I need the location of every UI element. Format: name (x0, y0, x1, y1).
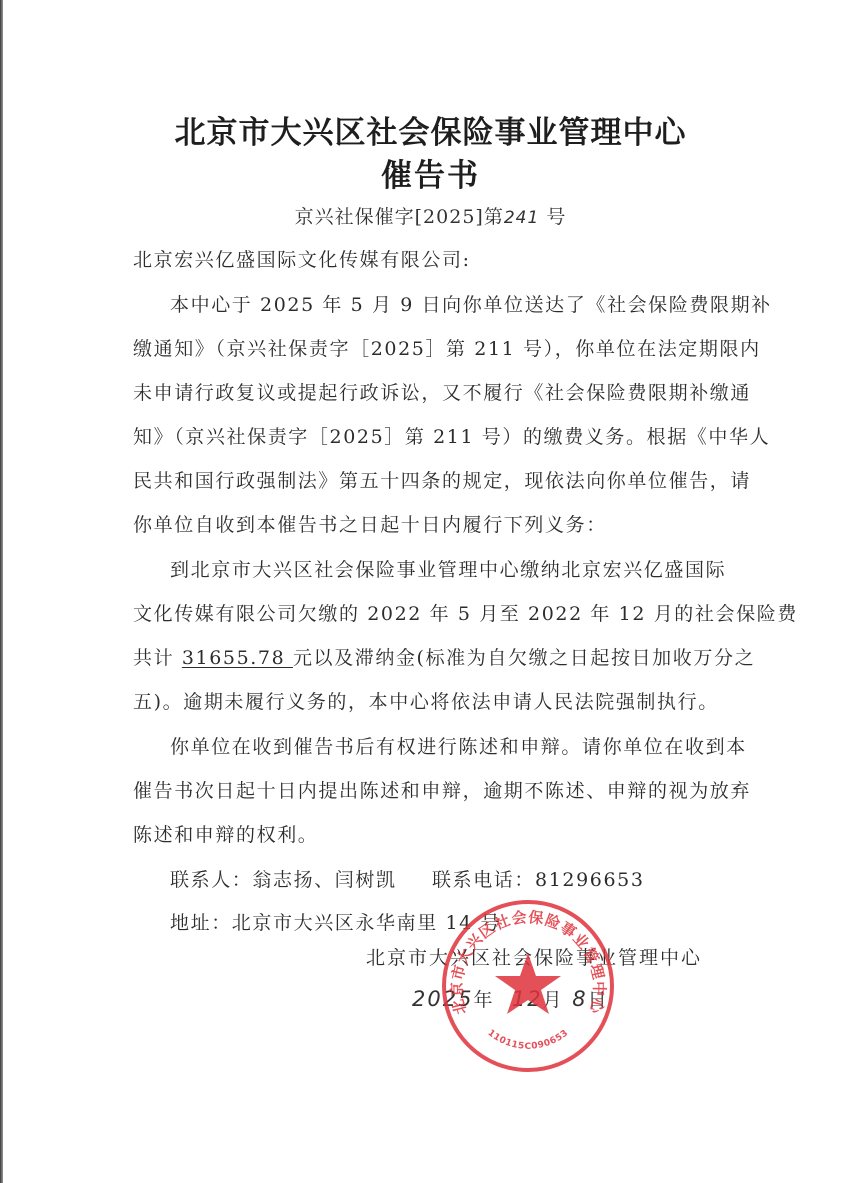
svg-text:110115C090653: 110115C090653 (485, 1028, 570, 1052)
paragraph2-line: 五)。逾期未履行义务的，本中心将依法申请人民法院强制执行。 (133, 687, 719, 714)
paragraph2-line: 共计 31655.78 元以及滞纳金(标准为自欠缴之日起按日加收万分之 (133, 643, 755, 670)
date-month: 12 (512, 987, 543, 1011)
arrears-amount: 31655.78 (182, 647, 293, 669)
date-month-label: 月 (543, 989, 564, 1011)
date-day-label: 日 (588, 989, 609, 1011)
issuer-signature: 北京市大兴区社会保险事业管理中心 (366, 943, 702, 970)
paragraph1-line: 未申请行政复议或提起行政诉讼，又不履行《社会保险费限期补缴通 (133, 378, 751, 405)
document-number: 京兴社保催字[2025]第241 号 (0, 202, 861, 229)
document-subtitle: 催告书 (0, 150, 861, 195)
recipient: 北京宏兴亿盛国际文化传媒有限公司: (133, 245, 471, 272)
doc-number-handwritten: 241 (504, 208, 539, 228)
issue-date: 2025年 12月 8日 (412, 985, 609, 1012)
paragraph3-line: 你单位在收到催告书后有权进行陈述和申辩。请你单位在收到本 (170, 732, 747, 759)
date-year: 2025 (412, 987, 473, 1011)
paragraph1-line: 知》（京兴社保责字［2025］第 211 号）的缴费义务。根据《中华人 (133, 422, 770, 449)
paragraph1-line: 民共和国行政强制法》第五十四条的规定，现依法向你单位催告，请 (133, 466, 751, 493)
paragraph3-line: 陈述和申辩的权利。 (133, 820, 318, 847)
paragraph2-line: 文化传媒有限公司欠缴的 2022 年 5 月至 2022 年 12 月的社会保险… (133, 599, 798, 626)
amount-suffix: 元以及滞纳金(标准为自欠缴之日起按日加收万分之 (293, 647, 755, 669)
paragraph1-line: 你单位自收到本催告书之日起十日内履行下列义务： (133, 510, 607, 537)
address: 地址：北京市大兴区永华南里 14 号 (170, 908, 501, 935)
document-title: 北京市大兴区社会保险事业管理中心 (0, 107, 861, 152)
amount-prefix: 共计 (133, 647, 182, 669)
doc-number-suffix: 号 (546, 206, 566, 228)
contact-phone: 联系电话：81296653 (432, 865, 645, 892)
stamp-serial: 110115C090653 (485, 1028, 570, 1052)
contact-persons: 联系人：翁志扬、闫树凯 (170, 865, 397, 892)
paragraph1-line: 本中心于 2025 年 5 月 9 日向你单位送达了《社会保险费限期补 (170, 290, 772, 317)
paragraph3-line: 催告书次日起十日内提出陈述和申辩，逾期不陈述、申辩的视为放弃 (133, 776, 751, 803)
paragraph2-line: 到北京市大兴区社会保险事业管理中心缴纳北京宏兴亿盛国际 (170, 555, 726, 582)
date-year-label: 年 (473, 989, 494, 1011)
date-day: 8 (572, 987, 587, 1011)
paragraph1-line: 缴通知》（京兴社保责字［2025］第 211 号），你单位在法定期限内 (133, 334, 761, 361)
doc-number-prefix: 京兴社保催字[2025]第 (295, 206, 504, 228)
